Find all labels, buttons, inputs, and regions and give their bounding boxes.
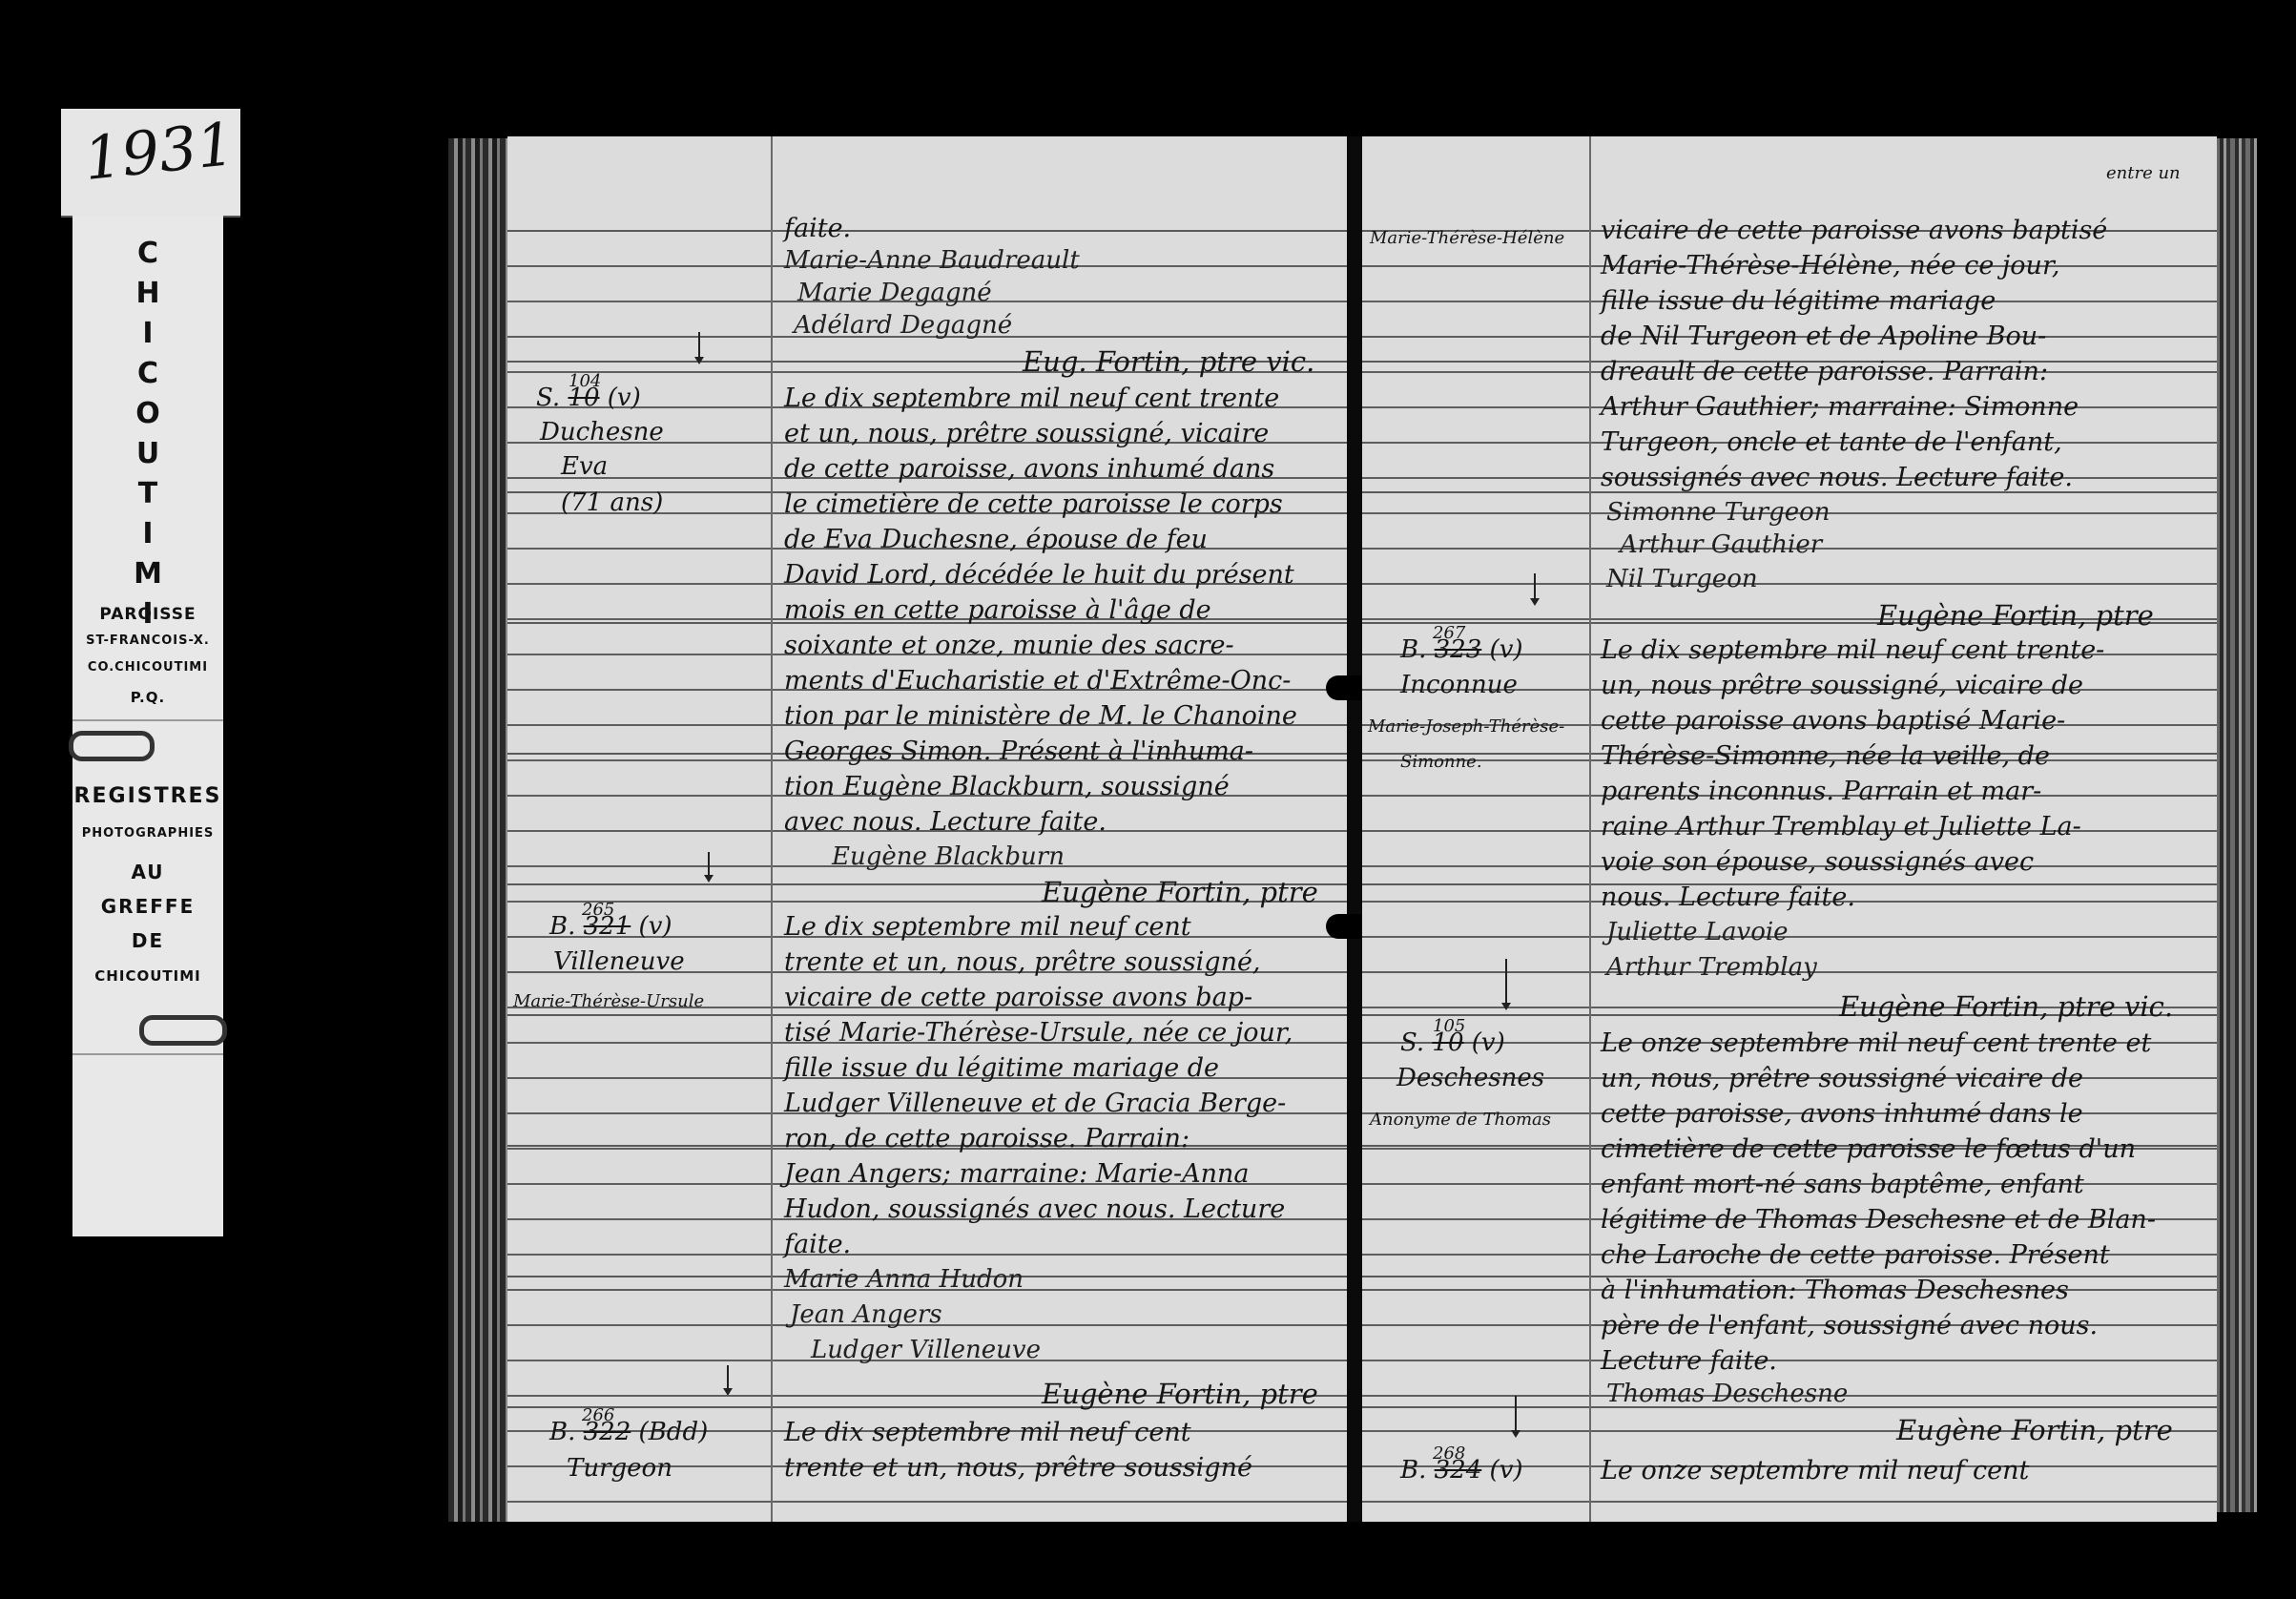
signature: Ludger Villeneuve — [811, 1333, 1041, 1368]
city-letter: O — [72, 397, 223, 430]
body-line: trente et un, nous, prêtre soussigné, — [784, 945, 1261, 980]
body-line: raine Arthur Tremblay et Juliette La- — [1601, 809, 2081, 844]
body-line: père de l'enfant, soussigné avec nous. — [1601, 1308, 2098, 1343]
priest-signature: Eugène Fortin, ptre — [1042, 1377, 1318, 1412]
body-line: mois en cette paroisse à l'âge de — [784, 592, 1211, 628]
arrow-icon — [698, 332, 700, 361]
city-letter: I — [72, 517, 223, 550]
body-line: cette paroisse avons baptisé Marie- — [1601, 703, 2065, 738]
margin-name: Anonyme de Thomas — [1370, 1102, 1551, 1137]
label-divider — [72, 1053, 223, 1055]
entry-flag: (v) — [1490, 635, 1523, 664]
signature: Thomas Deschesne — [1606, 1377, 1848, 1412]
body-line: ments d'Eucharistie et d'Extrême-Onc- — [784, 663, 1291, 698]
body-line: un, nous prêtre soussigné, vicaire de — [1601, 668, 2083, 703]
body-line: trente et un, nous, prêtre soussigné — [784, 1450, 1252, 1485]
margin-name: Marie-Thérèse-Ursule — [513, 984, 704, 1019]
city-letter: T — [72, 477, 223, 510]
body-line: à l'inhumation: Thomas Deschesnes — [1601, 1273, 2069, 1308]
entry-number: B. 321 265 (v) — [549, 909, 672, 945]
margin-name: Turgeon — [567, 1451, 672, 1486]
body-line: David Lord, décédée le huit du présent — [784, 557, 1294, 592]
priest-signature: Eugène Fortin, ptre — [1042, 875, 1318, 910]
archive-line: CHICOUTIMI — [72, 967, 223, 985]
body-line: Le onze septembre mil neuf cent — [1601, 1453, 2029, 1488]
margin-name: Inconnue — [1400, 668, 1518, 703]
body-line: vicaire de cette paroisse avons bap- — [784, 980, 1252, 1015]
entry-number: B. 323 267 (v) — [1400, 633, 1523, 668]
body-line: Le dix septembre mil neuf cent — [784, 909, 1191, 945]
archive-line: PHOTOGRAPHIES — [72, 826, 223, 841]
arrow-icon — [708, 852, 710, 879]
signature: Marie Anna Hudon — [784, 1262, 1024, 1298]
body-line: soixante et onze, munie des sacre- — [784, 628, 1234, 663]
body-line: parents inconnus. Parrain et mar- — [1601, 774, 2041, 809]
body-line: nous. Lecture faite. — [1601, 880, 1855, 915]
signature: Jean Angers — [790, 1298, 942, 1333]
margin-age: (71 ans) — [561, 486, 663, 521]
signature: Adélard Degagné — [794, 308, 1012, 343]
city-letter: H — [72, 277, 223, 310]
signature: Juliette Lavoie — [1606, 915, 1789, 950]
priest-signature: Eugène Fortin, ptre — [1877, 598, 2154, 633]
entry-number: B. 322 266 (Bdd) — [549, 1415, 708, 1450]
arrow-icon — [1515, 1396, 1517, 1434]
body-line: Le onze septembre mil neuf cent trente e… — [1601, 1026, 2151, 1061]
signature: Nil Turgeon — [1606, 562, 1758, 597]
register-label-strip: C H I C O U T I M I PAROISSE ST-FRANCOIS… — [72, 216, 223, 1236]
arrow-icon — [1505, 959, 1507, 1007]
body-line: enfant mort-né sans baptême, enfant — [1601, 1167, 2084, 1202]
archive-line: GREFFE — [72, 895, 223, 918]
city-letter: C — [72, 237, 223, 270]
arrow-icon — [1534, 573, 1536, 602]
body-line: tisé Marie-Thérèse-Ursule, née ce jour, — [784, 1015, 1293, 1050]
body-line: légitime de Thomas Deschesne et de Blan- — [1601, 1202, 2156, 1237]
body-line: de cette paroisse, avons inhumé dans — [784, 451, 1274, 487]
margin-name: Villeneuve — [553, 945, 685, 980]
body-line: Marie-Thérèse-Hélène, née ce jour, — [1601, 248, 2059, 283]
body-line: dreault de cette paroisse. Parrain: — [1601, 354, 2048, 389]
body-line: de Eva Duchesne, épouse de feu — [784, 522, 1208, 557]
parish-line: ST-FRANCOIS-X. — [72, 633, 223, 648]
right-page-edges — [2215, 138, 2257, 1512]
new-number: 104 — [569, 363, 601, 399]
margin-name: Marie-Joseph-Thérèse- — [1368, 709, 1564, 744]
year-label: 1931 — [61, 109, 240, 218]
new-number: 265 — [582, 892, 614, 927]
parish-line: PAROISSE — [72, 605, 223, 624]
new-number: 266 — [582, 1398, 614, 1433]
book-spine — [1347, 136, 1362, 1522]
city-letter: I — [72, 317, 223, 350]
archive-line: AU — [72, 861, 223, 883]
entry-number: S. 10 105 (v) — [1400, 1026, 1505, 1061]
entry-flag: (v) — [608, 384, 641, 412]
body-line: et un, nous, prêtre soussigné, vicaire — [784, 416, 1269, 451]
new-number: 268 — [1433, 1436, 1465, 1471]
body-line: ron, de cette paroisse. Parrain: — [784, 1121, 1189, 1156]
signature: Arthur Gauthier — [1620, 528, 1822, 563]
margin-name: Duchesne — [540, 415, 664, 450]
new-number: 267 — [1433, 615, 1465, 651]
priest-signature: Eugène Fortin, ptre — [1896, 1413, 2173, 1448]
body-line: fille issue du légitime mariage de — [784, 1050, 1219, 1086]
parish-line: P.Q. — [72, 689, 223, 706]
arrow-icon — [727, 1365, 729, 1392]
body-line: Thérèse-Simonne, née la veille, de — [1601, 738, 2050, 774]
margin-name: Simonne. — [1400, 744, 1482, 779]
body-line: Arthur Gauthier; marraine: Simonne — [1601, 389, 2079, 425]
body-line: Hudon, soussignés avec nous. Lecture — [784, 1192, 1285, 1227]
signature: Simonne Turgeon — [1606, 495, 1831, 530]
priest-signature: Eug. Fortin, ptre vic. — [1023, 344, 1314, 380]
right-page: entre un Marie-Thérèse-Hélène vicaire de… — [1362, 136, 2217, 1522]
body-line: soussignés avec nous. Lecture faite. — [1601, 460, 2073, 495]
body-line: cimetière de cette paroisse le fœtus d'u… — [1601, 1132, 2136, 1167]
entry-number: B. 324 268 (v) — [1400, 1453, 1523, 1488]
margin-column-rule — [1589, 136, 1591, 1522]
body-line: Turgeon, oncle et tante de l'enfant, — [1601, 425, 2062, 460]
signature: Eugène Blackburn — [832, 840, 1065, 875]
label-divider — [72, 719, 223, 721]
priest-signature: Eugène Fortin, ptre vic. — [1839, 989, 2173, 1025]
body-line: faite. — [784, 1227, 851, 1262]
body-line: fille issue du légitime mariage — [1601, 283, 1996, 319]
body-line: avec nous. Lecture faite. — [784, 804, 1107, 840]
body-line: Ludger Villeneuve et de Gracia Berge- — [784, 1086, 1286, 1121]
margin-column-rule — [771, 136, 773, 1522]
city-letter: M — [72, 557, 223, 591]
entry-flag: (v) — [1472, 1028, 1505, 1057]
body-line: Le dix septembre mil neuf cent trente- — [1601, 633, 2104, 668]
margin-name: Marie-Thérèse-Hélène — [1370, 220, 1564, 256]
signature: Marie Degagné — [797, 276, 992, 311]
body-line: le cimetière de cette paroisse le corps — [784, 487, 1283, 522]
body-line: faite. — [784, 211, 851, 246]
body-line: Jean Angers; marraine: Marie-Anna — [784, 1156, 1250, 1192]
signature: Marie-Anne Baudreault — [784, 243, 1080, 279]
year-text: 1931 — [81, 109, 238, 194]
entry-flag: (v) — [639, 912, 672, 941]
body-line: Le dix septembre mil neuf cent trente — [784, 381, 1279, 416]
margin-name: Deschesnes — [1396, 1061, 1544, 1096]
body-line: tion Eugène Blackburn, soussigné — [784, 769, 1230, 804]
entry-flag: (v) — [1490, 1456, 1523, 1485]
paper-clip-icon — [139, 1015, 227, 1046]
body-line: tion par le ministère de M. le Chanoine — [784, 698, 1297, 734]
body-line: voie son épouse, soussignés avec — [1601, 844, 2034, 880]
entry-flag: (Bdd) — [639, 1418, 709, 1446]
archive-line: REGISTRES — [72, 784, 223, 808]
margin-name: Eva — [561, 449, 608, 485]
body-line: Lecture faite. — [1601, 1343, 1777, 1379]
body-line: cette paroisse, avons inhumé dans le — [1601, 1096, 2083, 1132]
left-page-edges — [448, 138, 507, 1522]
body-line: Le dix septembre mil neuf cent — [784, 1415, 1191, 1450]
body-line: de Nil Turgeon et de Apoline Bou- — [1601, 319, 2046, 354]
body-line: Georges Simon. Présent à l'inhuma- — [784, 734, 1253, 769]
parish-line: CO.CHICOUTIMI — [72, 660, 223, 675]
entry-number: S. 10 104 (v) — [536, 381, 641, 416]
body-line: che Laroche de cette paroisse. Présent — [1601, 1237, 2110, 1273]
city-letter: C — [72, 357, 223, 390]
signature: Arthur Tremblay — [1606, 950, 1817, 986]
new-number: 105 — [1433, 1008, 1465, 1044]
corner-note: entre un — [2106, 156, 2181, 191]
city-letter: U — [72, 437, 223, 470]
body-line: vicaire de cette paroisse avons baptisé — [1601, 213, 2107, 248]
paper-clip-icon — [69, 731, 155, 761]
scan-background — [0, 1522, 2296, 1599]
left-page: faite. Marie-Anne Baudreault Marie Degag… — [507, 136, 1347, 1522]
archive-line: DE — [72, 929, 223, 952]
body-line: un, nous, prêtre soussigné vicaire de — [1601, 1061, 2083, 1096]
